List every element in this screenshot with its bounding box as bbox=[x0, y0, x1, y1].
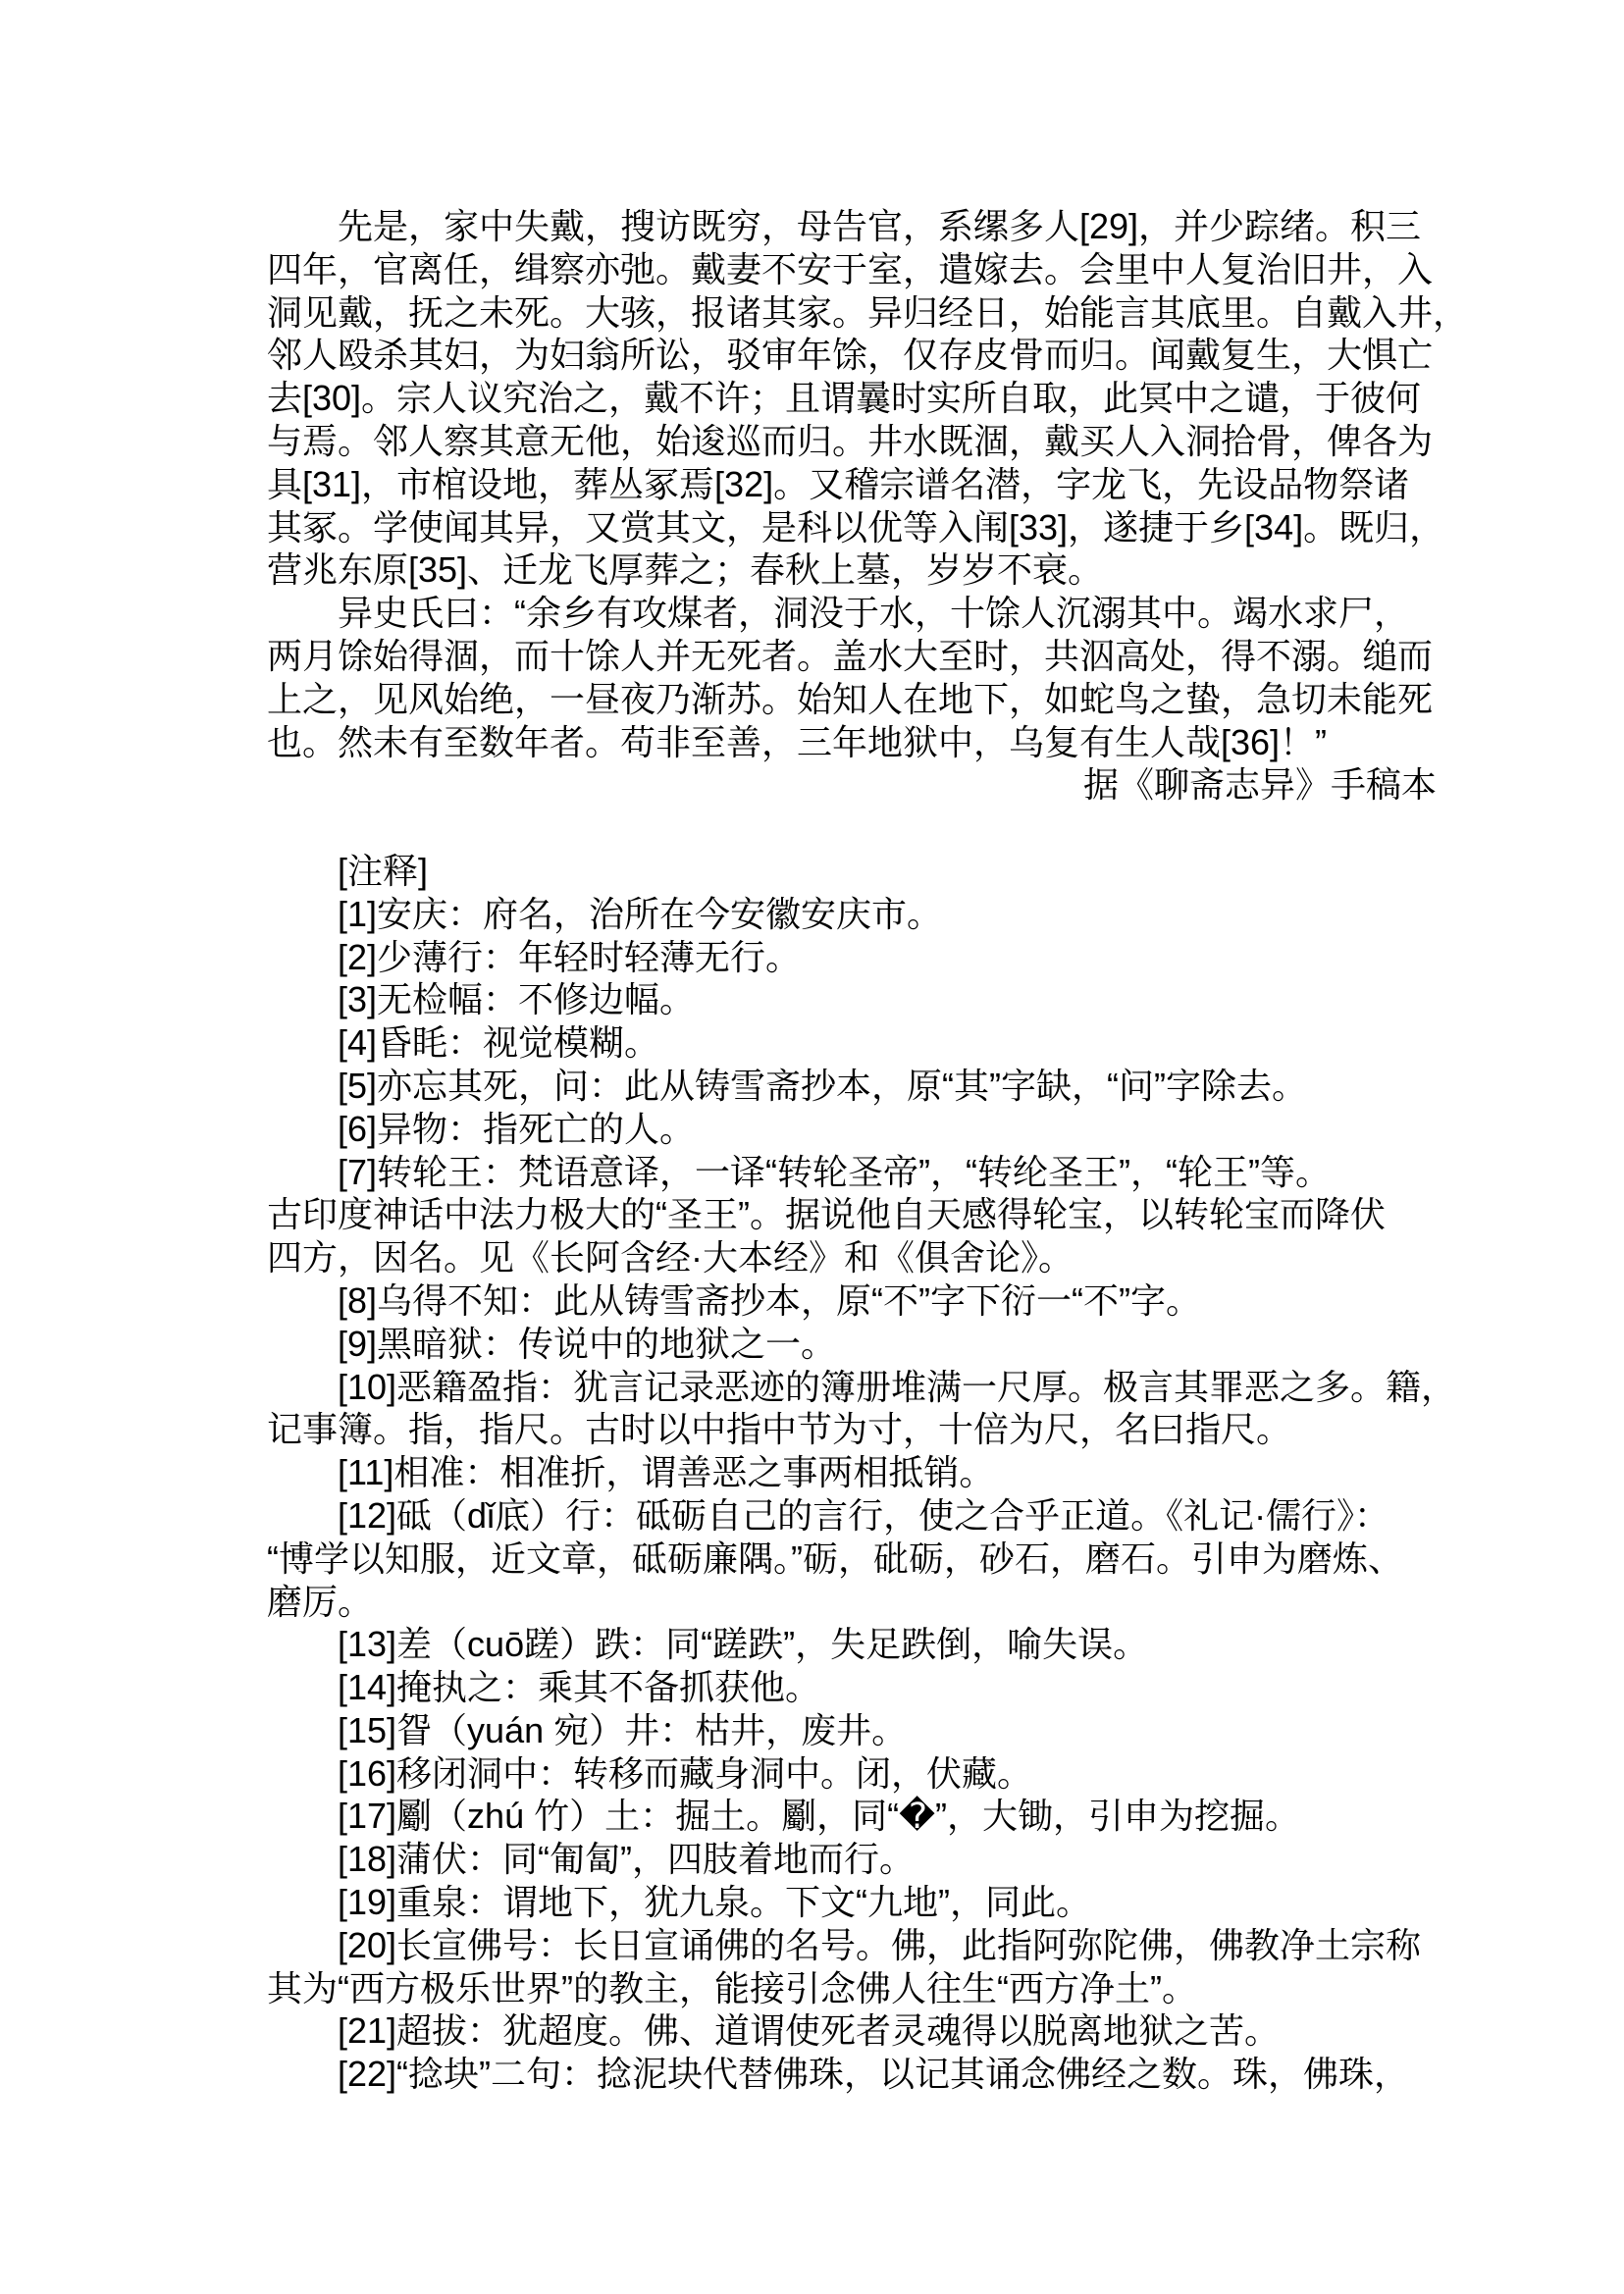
note-line: 古印度神话中法力极大的“圣王”。据说他自天感得轮宝，以转轮宝而降伏 bbox=[267, 1193, 1437, 1236]
document-page: 先是，家中失戴，搜访既穷，母告官，系缧多人[29]，并少踪绪。积三 四年，官离任… bbox=[0, 0, 1624, 2294]
note-line: [6]异物：指死亡的人。 bbox=[267, 1108, 1437, 1151]
note-line: [10]恶籍盈指：犹言记录恶迹的簿册堆满一尺厚。极言其罪恶之多。籍， bbox=[267, 1366, 1437, 1409]
story-line: 两月馀始得涸，而十馀人并无死者。盖水大至时，共泅高处，得不溺。缒而 bbox=[267, 635, 1437, 678]
story-line: 其冢。学使闻其异，又赏其文，是科以优等入闱[33]，遂捷于乡[34]。既归， bbox=[267, 506, 1437, 549]
story-line: 营兆东原[35]、迁龙飞厚葬之；春秋上墓，岁岁不衰。 bbox=[267, 548, 1437, 592]
notes-header: [注释] bbox=[267, 850, 1437, 893]
note-line: [18]蒲伏：同“匍匐”，四肢着地而行。 bbox=[267, 1838, 1437, 1881]
story-line: 四年，官离任，缉察亦弛。戴妻不安于室，遣嫁去。会里中人复治旧井，入 bbox=[267, 248, 1437, 291]
story-paragraph-1: 先是，家中失戴，搜访既穷，母告官，系缧多人[29]，并少踪绪。积三 四年，官离任… bbox=[267, 205, 1437, 592]
note-line: 记事簿。指，指尺。古时以中指中节为寸，十倍为尺，名曰指尺。 bbox=[267, 1408, 1437, 1451]
note-line: [13]差（cuō蹉）跌：同“蹉跌”，失足跌倒，喻失误。 bbox=[267, 1623, 1437, 1666]
story-line: 异史氏曰：“余乡有攻煤者，洞没于水，十馀人沉溺其中。竭水求尸， bbox=[267, 592, 1437, 635]
note-line: [11]相准：相准折，谓善恶之事两相抵销。 bbox=[267, 1451, 1437, 1494]
note-line: [21]超拔：犹超度。佛、道谓使死者灵魂得以脱离地狱之苦。 bbox=[267, 2009, 1437, 2053]
note-line: 其为“西方极乐世界”的教主，能接引念佛人往生“西方净土”。 bbox=[267, 1967, 1437, 2010]
text-block: 先是，家中失戴，搜访既穷，母告官，系缧多人[29]，并少踪绪。积三 四年，官离任… bbox=[267, 205, 1437, 2096]
story-line: 与焉。邻人察其意无他，始逡巡而归。井水既涸，戴买人入洞拾骨，俾各为 bbox=[267, 420, 1437, 463]
note-line: 四方，因名。见《长阿含经·大本经》和《俱舍论》。 bbox=[267, 1236, 1437, 1279]
note-line: [20]长宣佛号：长日宣诵佛的名号。佛，此指阿弥陀佛，佛教净土宗称 bbox=[267, 1924, 1437, 1967]
note-line: [1]安庆：府名，治所在今安徽安庆市。 bbox=[267, 893, 1437, 936]
story-paragraph-2: 异史氏曰：“余乡有攻煤者，洞没于水，十馀人沉溺其中。竭水求尸， 两月馀始得涸，而… bbox=[267, 592, 1437, 763]
note-line: [9]黑暗狱：传说中的地狱之一。 bbox=[267, 1323, 1437, 1366]
note-line: [16]移闭洞中：转移而藏身洞中。闭，伏藏。 bbox=[267, 1752, 1437, 1796]
story-line: 具[31]，市棺设地，葬丛冢焉[32]。又稽宗谱名潜，字龙飞，先设品物祭诸 bbox=[267, 463, 1437, 506]
note-line: [4]昏眊：视觉模糊。 bbox=[267, 1021, 1437, 1065]
story-line: 也。然未有至数年者。苟非至善，三年地狱中，乌复有生人哉[36]！” bbox=[267, 721, 1437, 764]
note-line: [15]眢（yuán 宛）井：枯井，废井。 bbox=[267, 1709, 1437, 1752]
note-line: [5]亦忘其死，问：此从铸雪斋抄本，原“其”字缺，“问”字除去。 bbox=[267, 1065, 1437, 1108]
blank-line bbox=[267, 807, 1437, 850]
story-line: 洞见戴，抚之未死。大骇，报诸其家。异归经日，始能言其底里。自戴入井， bbox=[267, 291, 1437, 335]
note-line: [14]掩执之：乘其不备抓获他。 bbox=[267, 1666, 1437, 1709]
note-line: [19]重泉：谓地下，犹九泉。下文“九地”，同此。 bbox=[267, 1881, 1437, 1924]
note-line: [3]无检幅：不修边幅。 bbox=[267, 978, 1437, 1021]
note-line: [17]劚（zhú 竹）土：掘土。劚，同“�”，大锄，引申为挖掘。 bbox=[267, 1795, 1437, 1838]
note-line: [12]砥（dǐ底）行：砥砺自己的言行，使之合乎正道。《礼记·儒行》： bbox=[267, 1494, 1437, 1538]
note-line: “博学以知服，近文章，砥砺廉隅。”砺，砒砺，砂石，磨石。引申为磨炼、 bbox=[267, 1538, 1437, 1581]
story-line: 先是，家中失戴，搜访既穷，母告官，系缧多人[29]，并少踪绪。积三 bbox=[267, 205, 1437, 248]
story-line: 邻人殴杀其妇，为妇翁所讼，驳审年馀，仅存皮骨而归。闻戴复生，大惧亡 bbox=[267, 334, 1437, 377]
note-line: [22]“捻块”二句：捻泥块代替佛珠，以记其诵念佛经之数。珠，佛珠， bbox=[267, 2053, 1437, 2096]
story-line: 去[30]。宗人议究治之，戴不许；且谓曩时实所自取，此冥中之谴，于彼何 bbox=[267, 377, 1437, 420]
note-line: 磨厉。 bbox=[267, 1581, 1437, 1624]
source-attribution: 据《聊斋志异》手稿本 bbox=[267, 763, 1437, 807]
notes-section: [1]安庆：府名，治所在今安徽安庆市。 [2]少薄行：年轻时轻薄无行。 [3]无… bbox=[267, 893, 1437, 2096]
note-line: [7]转轮王：梵语意译，一译“转轮圣帝”，“转纶圣王”，“轮王”等。 bbox=[267, 1151, 1437, 1194]
story-line: 上之，见风始绝，一昼夜乃渐苏。始知人在地下，如蛇鸟之蛰，急切未能死 bbox=[267, 678, 1437, 721]
note-line: [2]少薄行：年轻时轻薄无行。 bbox=[267, 936, 1437, 979]
note-line: [8]乌得不知：此从铸雪斋抄本，原“不”字下衍一“不”字。 bbox=[267, 1279, 1437, 1323]
